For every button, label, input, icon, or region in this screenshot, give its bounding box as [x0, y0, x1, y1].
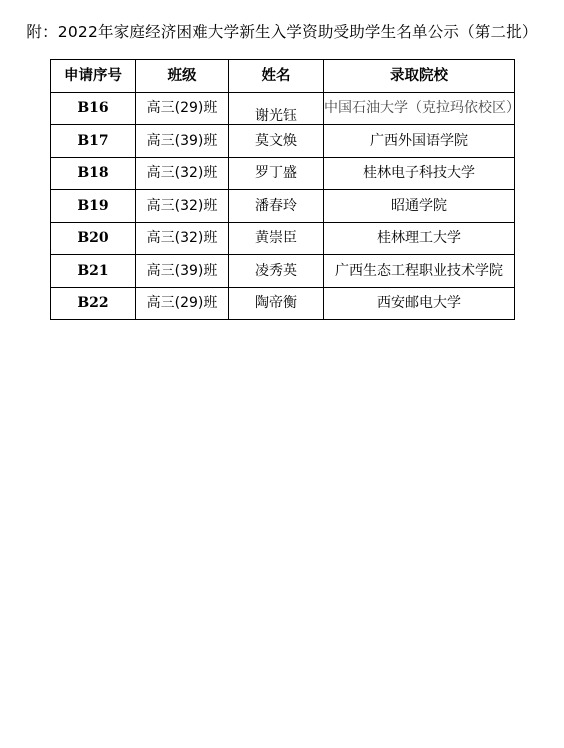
class-cell: 高三(32)班 [136, 190, 229, 223]
application-number-cell: B20 [51, 222, 136, 255]
application-number-cell: B16 [51, 92, 136, 125]
application-number-cell: B21 [51, 255, 136, 288]
application-number-cell: B18 [51, 157, 136, 190]
student-name-cell: 凌秀英 [229, 255, 324, 288]
class-cell: 高三(29)班 [136, 92, 229, 125]
school-cell: 中国石油大学（克拉玛依校区） [324, 92, 515, 125]
table-row: B21 高三(39)班 凌秀英 广西生态工程职业技术学院 [51, 255, 515, 288]
school-cell: 西安邮电大学 [324, 287, 515, 320]
class-cell: 高三(29)班 [136, 287, 229, 320]
table-row: B18 高三(32)班 罗丁盛 桂林电子科技大学 [51, 157, 515, 190]
school-cell: 广西生态工程职业技术学院 [324, 255, 515, 288]
document-title: 附：2022年家庭经济困难大学新生入学资助受助学生名单公示（第二批） [0, 22, 564, 42]
header-application-number: 申请序号 [51, 60, 136, 93]
header-name: 姓名 [229, 60, 324, 93]
class-cell: 高三(39)班 [136, 255, 229, 288]
class-cell: 高三(39)班 [136, 125, 229, 158]
application-number-cell: B17 [51, 125, 136, 158]
student-name-cell: 黄崇臣 [229, 222, 324, 255]
student-list-table: 申请序号 班级 姓名 录取院校 B16 高三(29)班 谢光钰 中国石油大学（克… [50, 59, 515, 320]
school-cell: 桂林理工大学 [324, 222, 515, 255]
table-row: B17 高三(39)班 莫文焕 广西外国语学院 [51, 125, 515, 158]
application-number-cell: B22 [51, 287, 136, 320]
school-cell: 昭通学院 [324, 190, 515, 223]
table-row: B19 高三(32)班 潘春玲 昭通学院 [51, 190, 515, 223]
class-cell: 高三(32)班 [136, 157, 229, 190]
class-cell: 高三(32)班 [136, 222, 229, 255]
student-name-cell: 莫文焕 [229, 125, 324, 158]
table-row: B16 高三(29)班 谢光钰 中国石油大学（克拉玛依校区） [51, 92, 515, 125]
header-class: 班级 [136, 60, 229, 93]
student-name-cell: 潘春玲 [229, 190, 324, 223]
header-admitted-school: 录取院校 [324, 60, 515, 93]
school-cell: 桂林电子科技大学 [324, 157, 515, 190]
table-header-row: 申请序号 班级 姓名 录取院校 [51, 60, 515, 93]
student-name-cell: 罗丁盛 [229, 157, 324, 190]
student-name-cell: 陶帝衡 [229, 287, 324, 320]
school-cell: 广西外国语学院 [324, 125, 515, 158]
table-row: B20 高三(32)班 黄崇臣 桂林理工大学 [51, 222, 515, 255]
application-number-cell: B19 [51, 190, 136, 223]
student-name-cell: 谢光钰 [229, 92, 324, 125]
table-row: B22 高三(29)班 陶帝衡 西安邮电大学 [51, 287, 515, 320]
